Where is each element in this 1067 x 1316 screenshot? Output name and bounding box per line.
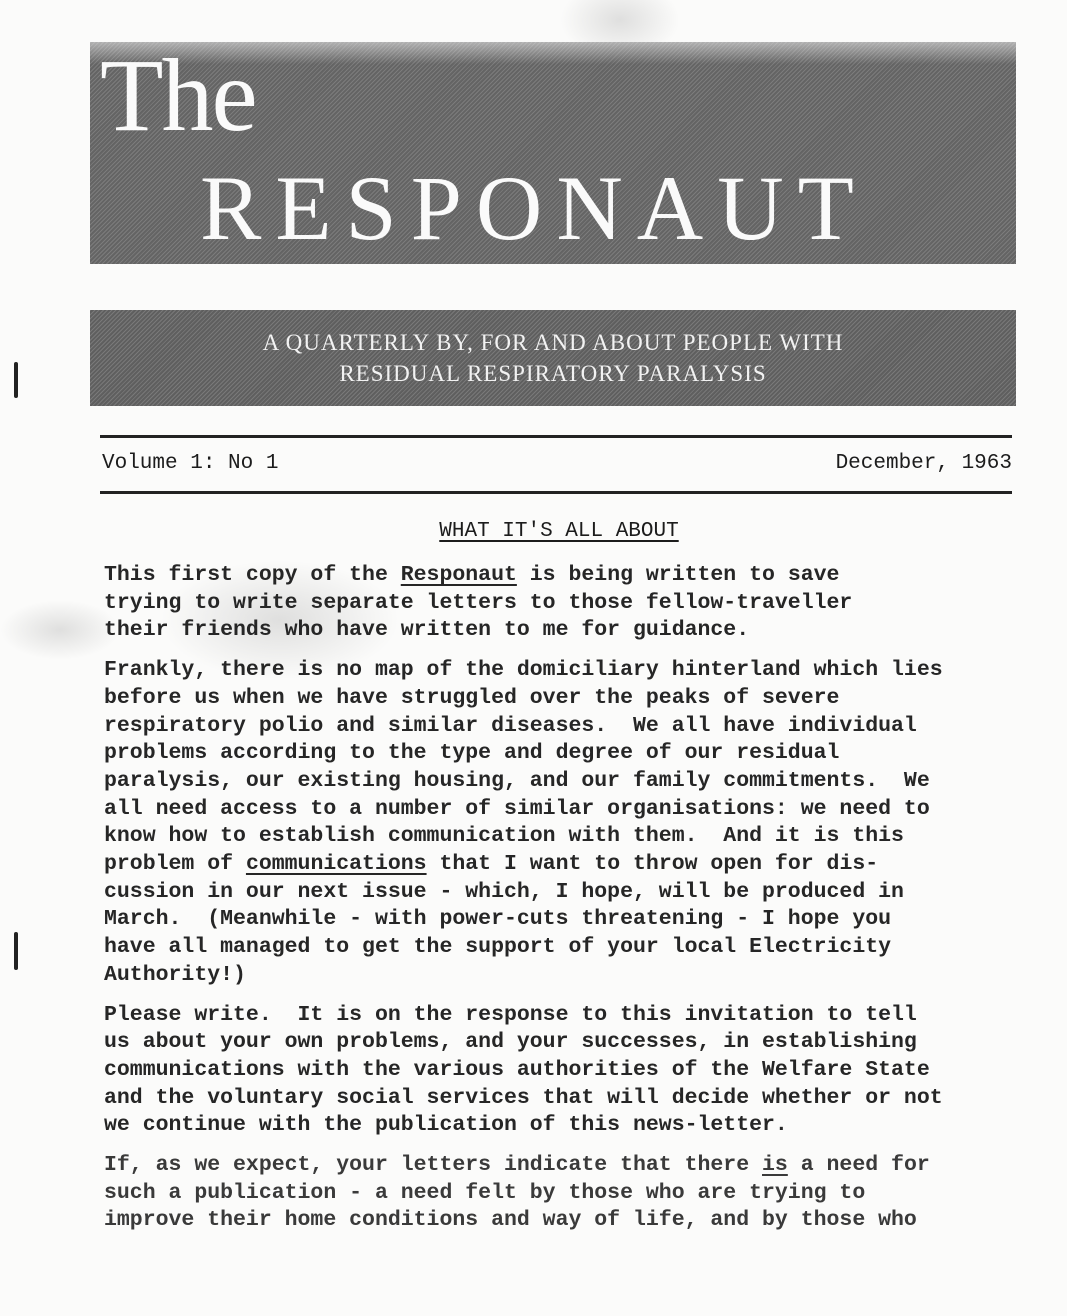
article-paragraph: Frankly, there is no map of the domicili… [104,657,1024,989]
underlined-emphasis: Responaut [401,563,517,587]
scan-smudge [0,600,120,660]
bottom-rule [100,491,1012,494]
issue-date: December, 1963 [836,452,1012,475]
masthead-title-the: The [100,44,256,148]
article-paragraph: Please write. It is on the response to t… [104,1002,1024,1141]
issue-info: Volume 1: No 1 December, 1963 [102,452,1012,475]
underlined-emphasis: communications [246,852,427,876]
subtitle-line-2: RESIDUAL RESPIRATORY PARALYSIS [339,358,766,389]
article-body: This first copy of the Responaut is bein… [104,562,1024,1247]
margin-mark [14,362,18,398]
top-rule [100,435,1012,438]
masthead: The RESPONAUT [90,42,1016,264]
masthead-subtitle: A QUARTERLY BY, FOR AND ABOUT PEOPLE WIT… [90,310,1016,406]
masthead-title: RESPONAUT [200,162,1000,254]
article-paragraph: This first copy of the Responaut is bein… [104,562,1024,645]
article-paragraph: If, as we expect, your letters indicate … [104,1152,1024,1235]
volume-number: Volume 1: No 1 [102,452,278,475]
subtitle-line-1: A QUARTERLY BY, FOR AND ABOUT PEOPLE WIT… [263,327,844,358]
margin-mark [14,932,18,970]
underlined-emphasis: is [762,1153,788,1177]
article-headline: WHAT IT'S ALL ABOUT [0,520,1067,543]
